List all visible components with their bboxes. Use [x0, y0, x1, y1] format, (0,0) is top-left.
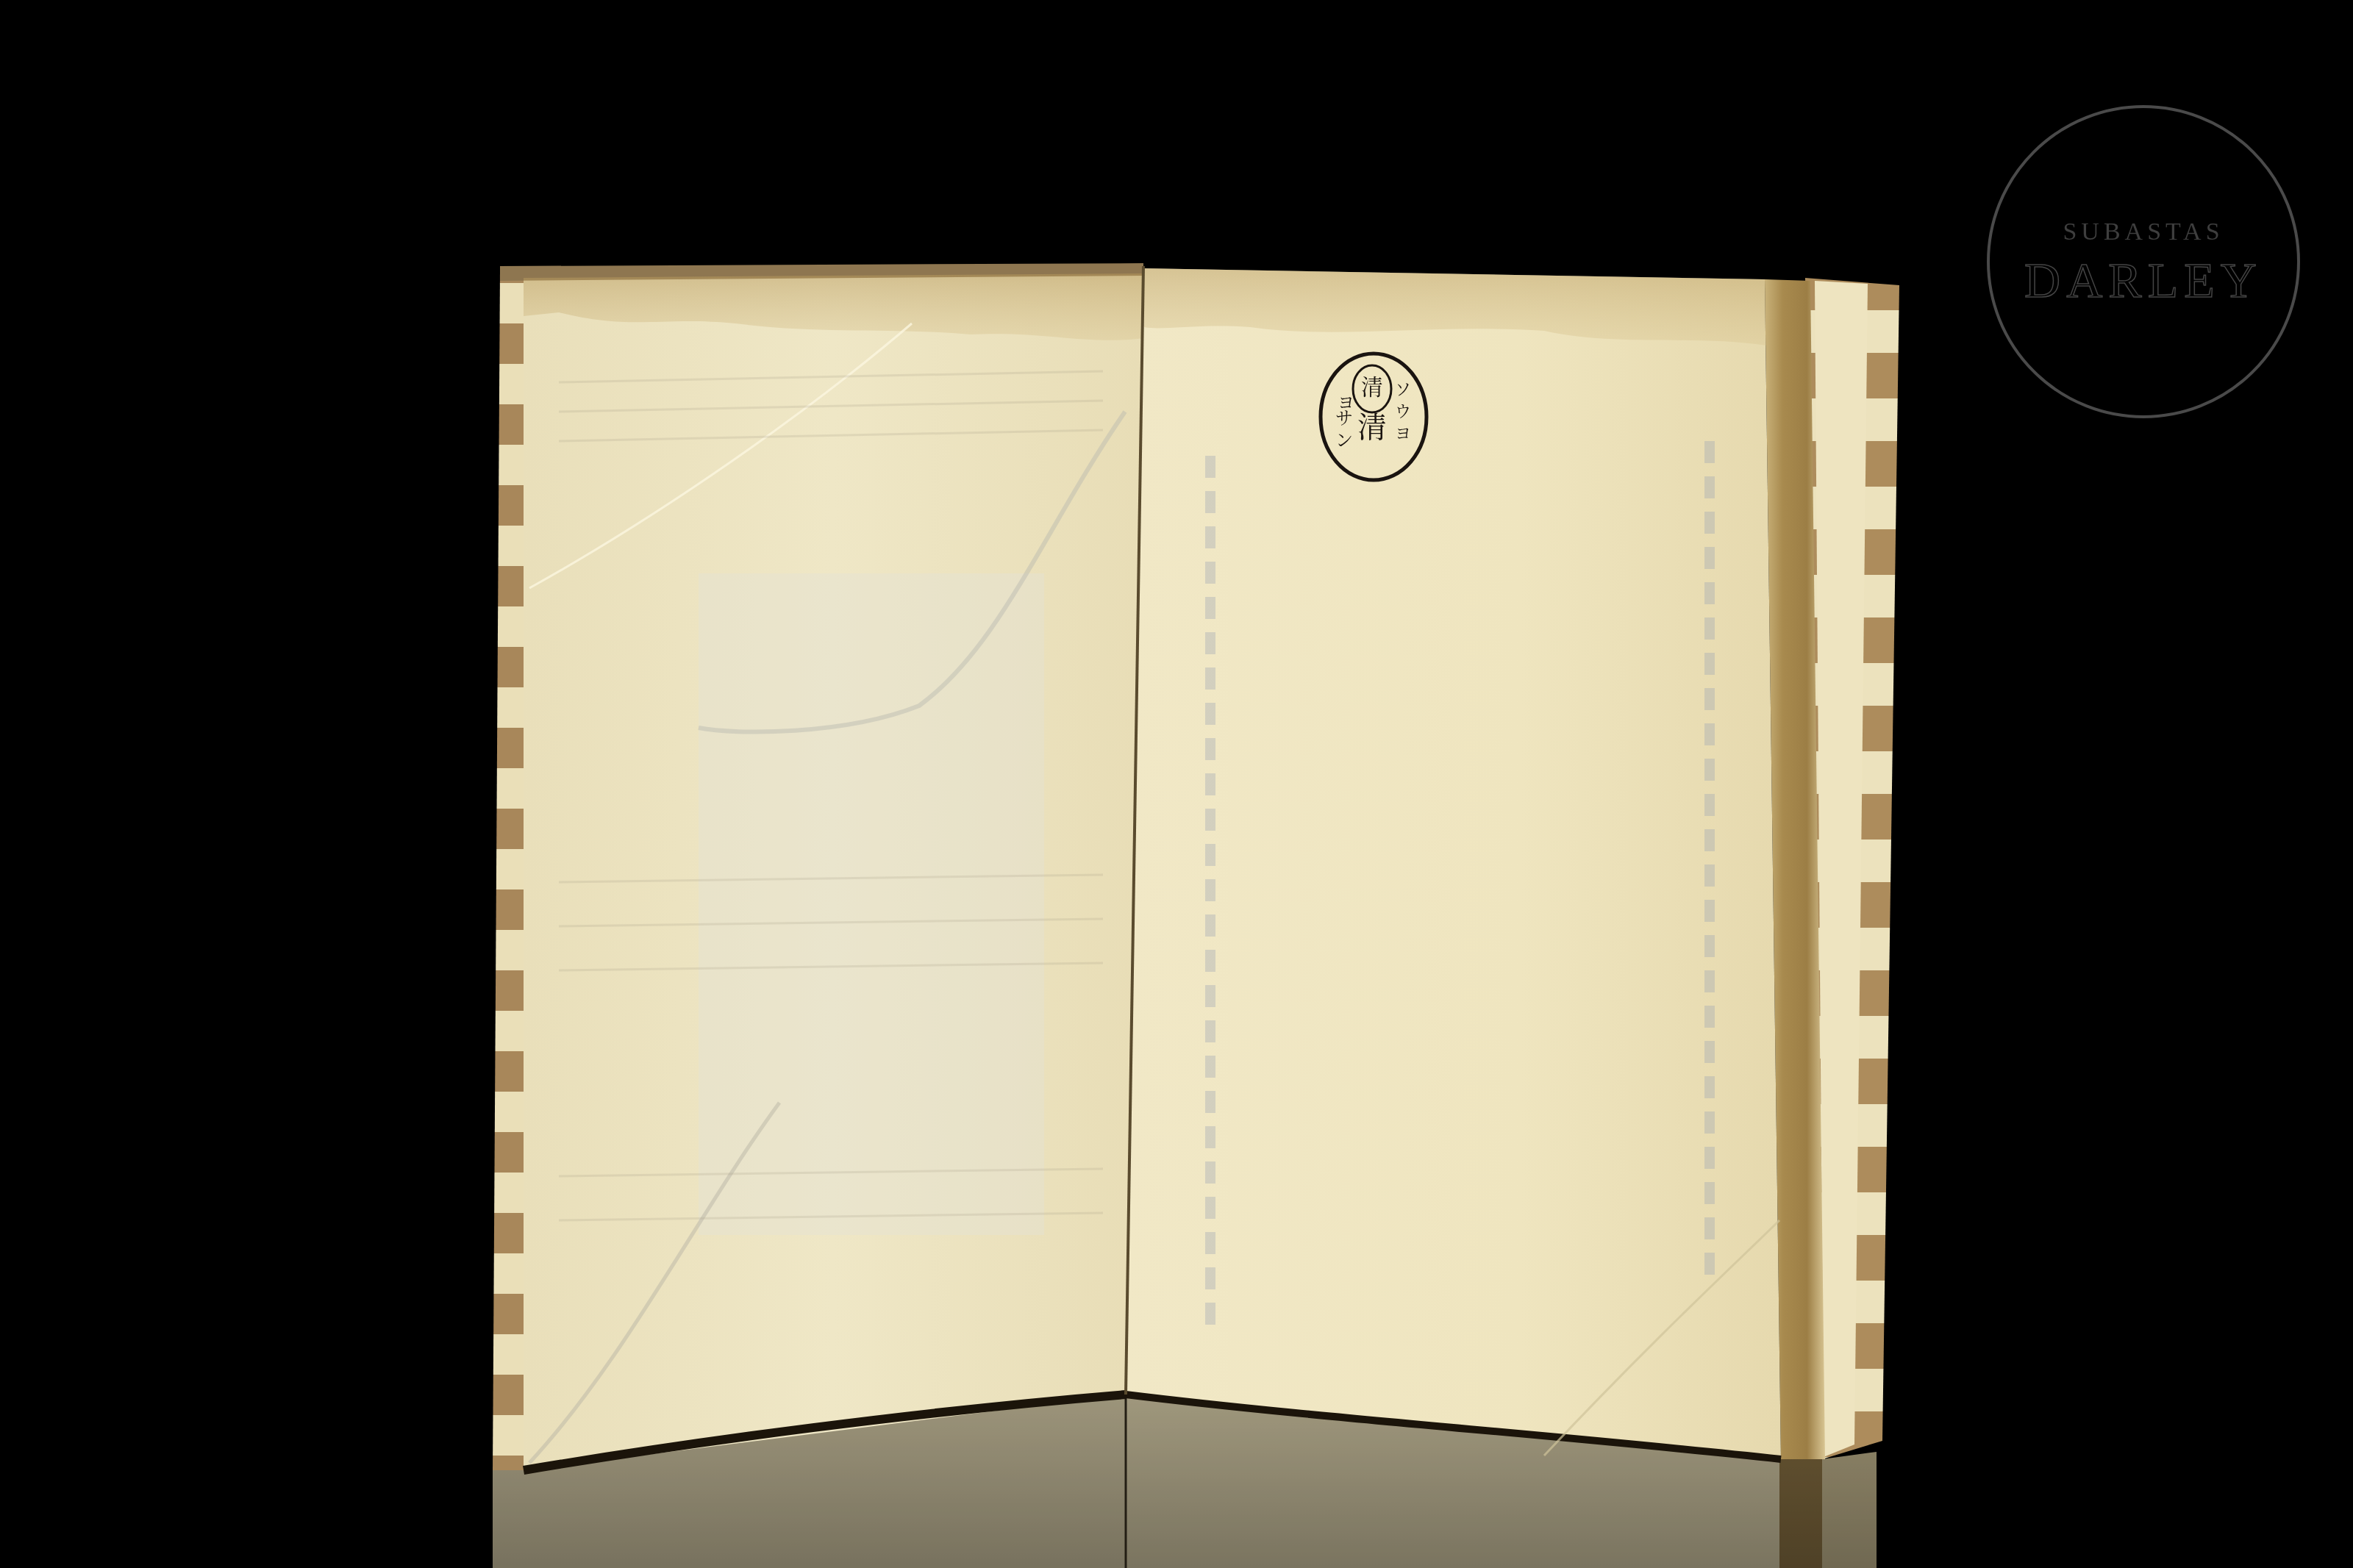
- photo-scene: 清 清 ヨ サ ン ソ ウ ヨ: [0, 0, 2353, 1568]
- svg-text:サ: サ: [1335, 408, 1353, 429]
- svg-text:清: 清: [1357, 411, 1387, 445]
- watermark-line1: SUBASTAS: [1990, 218, 2297, 246]
- subastas-darley-watermark: SUBASTAS DARLEY: [1987, 105, 2300, 418]
- watermark-line2: DARLEY: [1990, 251, 2297, 309]
- svg-text:ウ: ウ: [1395, 403, 1411, 421]
- right-page: [1126, 268, 1781, 1459]
- svg-text:清: 清: [1361, 375, 1383, 401]
- svg-text:ン: ン: [1335, 430, 1353, 451]
- svg-text:ヨ: ヨ: [1395, 425, 1411, 443]
- svg-text:ソ: ソ: [1395, 381, 1411, 399]
